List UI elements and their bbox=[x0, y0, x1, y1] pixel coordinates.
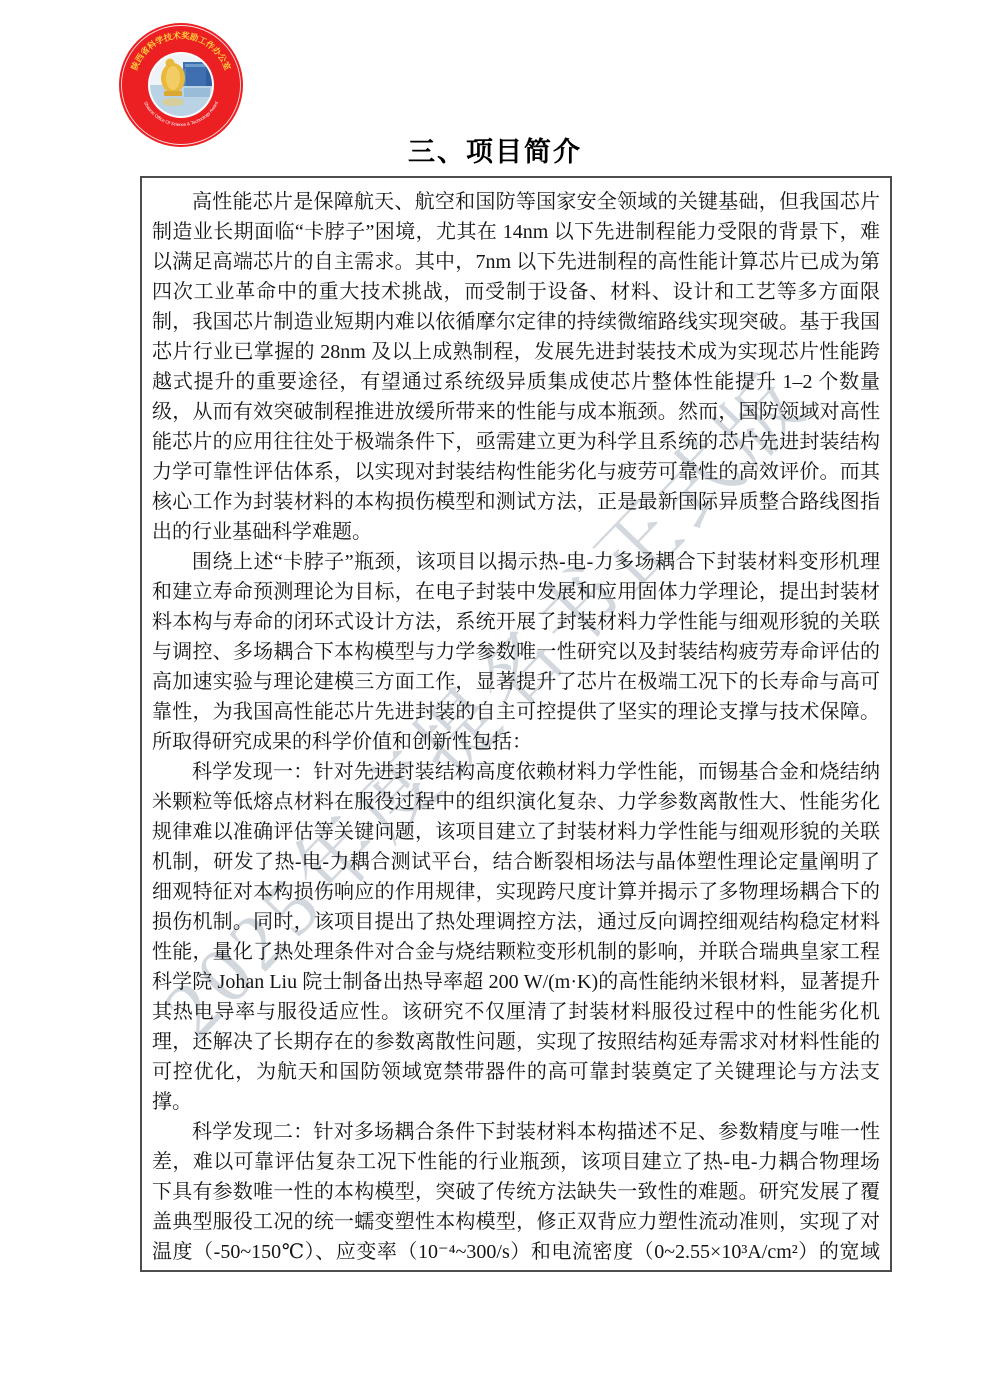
intro-paragraph-2: 围绕上述“卡脖子”瓶颈，该项目以揭示热-电-力多场耦合下封装材料变形机理和建立寿… bbox=[152, 547, 880, 757]
project-intro-box: 高性能芯片是保障航天、航空和国防等国家安全领域的关键基础，但我国芯片制造业长期面… bbox=[140, 176, 892, 1272]
document-page: 2025年度提名书正式版 bbox=[0, 0, 990, 1399]
page-title: 三、项目简介 bbox=[0, 130, 990, 169]
intro-paragraph-4: 科学发现二：针对多场耦合条件下封装材料本构描述不足、参数精度与唯一性差，难以可靠… bbox=[152, 1117, 880, 1272]
intro-paragraph-1: 高性能芯片是保障航天、航空和国防等国家安全领域的关键基础，但我国芯片制造业长期面… bbox=[152, 187, 880, 547]
intro-paragraph-3: 科学发现一：针对先进封装结构高度依赖材料力学性能，而锡基合金和烧结纳米颗粒等低熔… bbox=[152, 757, 880, 1117]
